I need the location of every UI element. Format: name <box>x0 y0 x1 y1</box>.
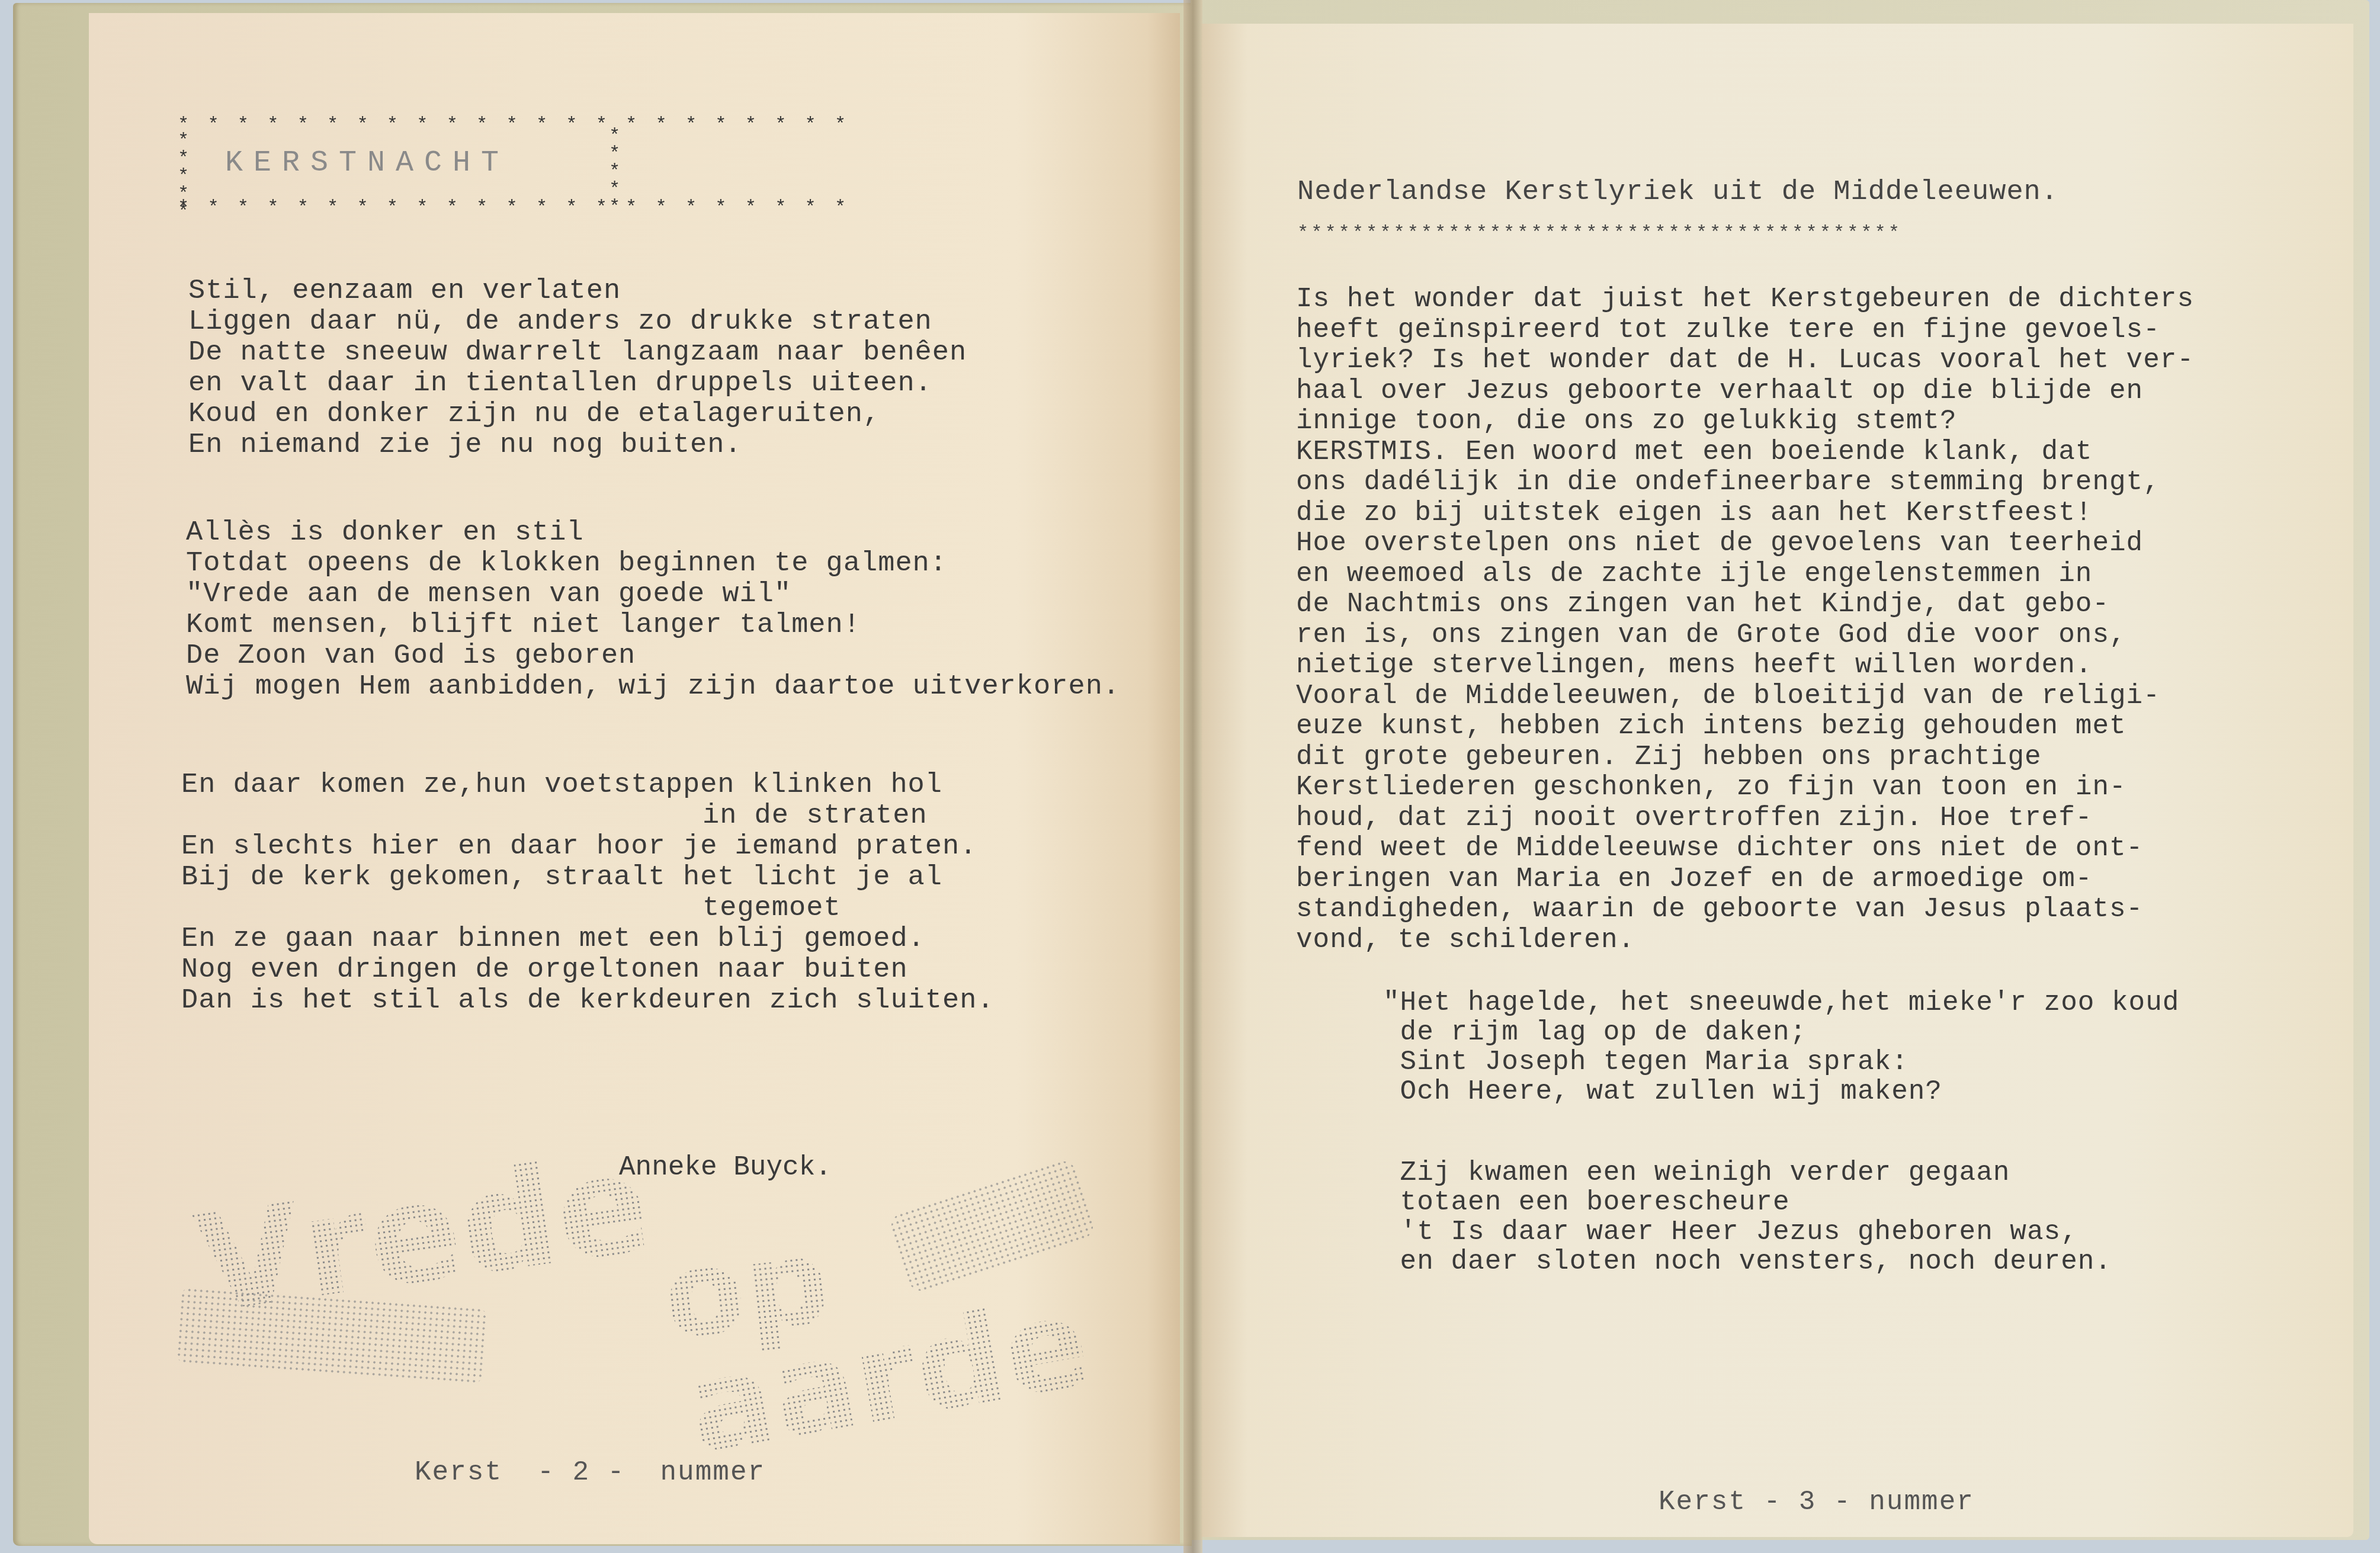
article-line: Hoe overstelpen ons niet de gevoelens va… <box>1296 528 2194 559</box>
booklet-spine <box>1183 0 1202 1553</box>
poem-line: De natte sneeuw dwarrelt langzaam naar b… <box>188 338 967 368</box>
verse-line: 't Is daar waer Heer Jezus gheboren was, <box>1383 1217 2112 1247</box>
poem-line-continuation: in de straten <box>181 801 995 832</box>
poem-line: Totdat opeens de klokken beginnen te gal… <box>186 548 1120 579</box>
article-line: ons dadélijk in die ondefineerbare stemm… <box>1296 467 2194 498</box>
poem-line-continuation: tegemoet <box>181 893 995 924</box>
poem-line: Bij de kerk gekomen, straalt het licht j… <box>181 862 995 893</box>
verse-line: en daer sloten noch vensters, noch deure… <box>1383 1247 2112 1276</box>
poem-line: "Vrede aan de mensen van goede wil" <box>186 579 1120 610</box>
article-line: beringen van Maria en Jozef en de armoed… <box>1296 864 2194 895</box>
verse-line: Sint Joseph tegen Maria sprak: <box>1383 1047 2179 1077</box>
article-line: dit grote gebeuren. Zij hebben ons prach… <box>1296 742 2194 773</box>
verse-line: Och Heere, wat zullen wij maken? <box>1383 1077 2179 1106</box>
article-line: standigheden, waarin de geboorte van Jes… <box>1296 894 2194 925</box>
verse-line: "Het hagelde, het sneeuwde,het mieke'r z… <box>1383 988 2179 1018</box>
article-line: die zo bij uitstek eigen is aan het Kers… <box>1296 498 2194 529</box>
poem-line: En daar komen ze,hun voetstappen klinken… <box>181 770 995 801</box>
poem-title: KERSTNACHT <box>225 146 509 180</box>
article-line: en weemoed als de zachte ijle engelenste… <box>1296 559 2194 590</box>
star-border-bottom: * * * * * * * * * * * * * * * * * * * * … <box>178 198 849 217</box>
article-line: fend weet de Middeleeuwse dichter ons ni… <box>1296 833 2194 864</box>
article-line: nietige stervelingen, mens heeft willen … <box>1296 650 2194 681</box>
article-line: vond, te schilderen. <box>1296 925 2194 956</box>
article-line: lyriek? Is het wonder dat de H. Lucas vo… <box>1296 345 2194 376</box>
article-line: Vooral de Middeleeuwen, de bloeitijd van… <box>1296 681 2194 712</box>
article-line: houd, dat zij nooit overtroffen zijn. Ho… <box>1296 803 2194 834</box>
poem-line: En niemand zie je nu nog buiten. <box>188 430 967 461</box>
verse-line: de rijm lag op de daken; <box>1383 1018 2179 1047</box>
article-title-underline: ****************************************… <box>1297 222 1902 244</box>
article-line: Kerstliederen geschonken, zo fijn van to… <box>1296 772 2194 803</box>
article-line: de Nachtmis ons zingen van het Kindje, d… <box>1296 589 2194 620</box>
poem-line: Wij mogen Hem aanbidden, wij zijn daarto… <box>186 672 1120 702</box>
article-line: Is het wonder dat juist het Kerstgebeure… <box>1296 284 2194 315</box>
poem-line: Allès is donker en stil <box>186 518 1120 548</box>
poem-line: Komt mensen, blijft niet langer talmen! <box>186 610 1120 641</box>
title-star-box: * * * * * * * * * * * * * * * * * * * * … <box>178 115 628 216</box>
star-border-top: * * * * * * * * * * * * * * * * * * * * … <box>178 115 849 134</box>
poem-stanza-1: Stil, eenzaam en verlaten Liggen daar nü… <box>188 276 967 461</box>
article-line: KERSTMIS. Een woord met een boeiende kla… <box>1296 437 2194 468</box>
quoted-verse-1: "Het hagelde, het sneeuwde,het mieke'r z… <box>1383 988 2179 1106</box>
article-line: innige toon, die ons zo gelukkig stemt? <box>1296 406 2194 437</box>
poem-line: De Zoon van God is geboren <box>186 641 1120 672</box>
quoted-verse-2: Zij kwamen een weinigh verder gegaan tot… <box>1383 1158 2112 1276</box>
poem-line: Koud en donker zijn nu de etalageruiten, <box>188 399 967 430</box>
poem-line: Dan is het stil als de kerkdeuren zich s… <box>181 986 995 1016</box>
article-line: euze kunst, hebben zich intens bezig geh… <box>1296 711 2194 742</box>
verse-line: Zij kwamen een weinigh verder gegaan <box>1383 1158 2112 1188</box>
article-body: Is het wonder dat juist het Kerstgebeure… <box>1296 284 2194 955</box>
poem-line: En ze gaan naar binnen met een blij gemo… <box>181 924 995 955</box>
poem-line: en valt daar in tientallen druppels uite… <box>188 368 967 399</box>
poem-line: Stil, eenzaam en verlaten <box>188 276 967 307</box>
verse-line: totaen een boerescheure <box>1383 1188 2112 1217</box>
poem-line: En slechts hier en daar hoor je iemand p… <box>181 832 995 862</box>
article-line: heeft geïnspireerd tot zulke tere en fij… <box>1296 315 2194 346</box>
article-line: ren is, ons zingen van de Grote God die … <box>1296 620 2194 651</box>
poem-line: Liggen daar nü, de anders zo drukke stra… <box>188 307 967 338</box>
article-line: haal over Jezus geboorte verhaalt op die… <box>1296 376 2194 407</box>
poem-stanza-3: En daar komen ze,hun voetstappen klinken… <box>181 770 995 1016</box>
poem-author: Anneke Buyck. <box>619 1152 832 1183</box>
poem-line: Nog even dringen de orgeltonen naar buit… <box>181 955 995 986</box>
page-footer-right: Kerst - 3 - nummer <box>1659 1487 1974 1517</box>
page-footer-left: Kerst - 2 - nummer <box>415 1457 765 1488</box>
article-title: Nederlandse Kerstlyriek uit de Middeleeu… <box>1297 177 2058 208</box>
poem-stanza-2: Allès is donker en stil Totdat opeens de… <box>186 518 1120 702</box>
